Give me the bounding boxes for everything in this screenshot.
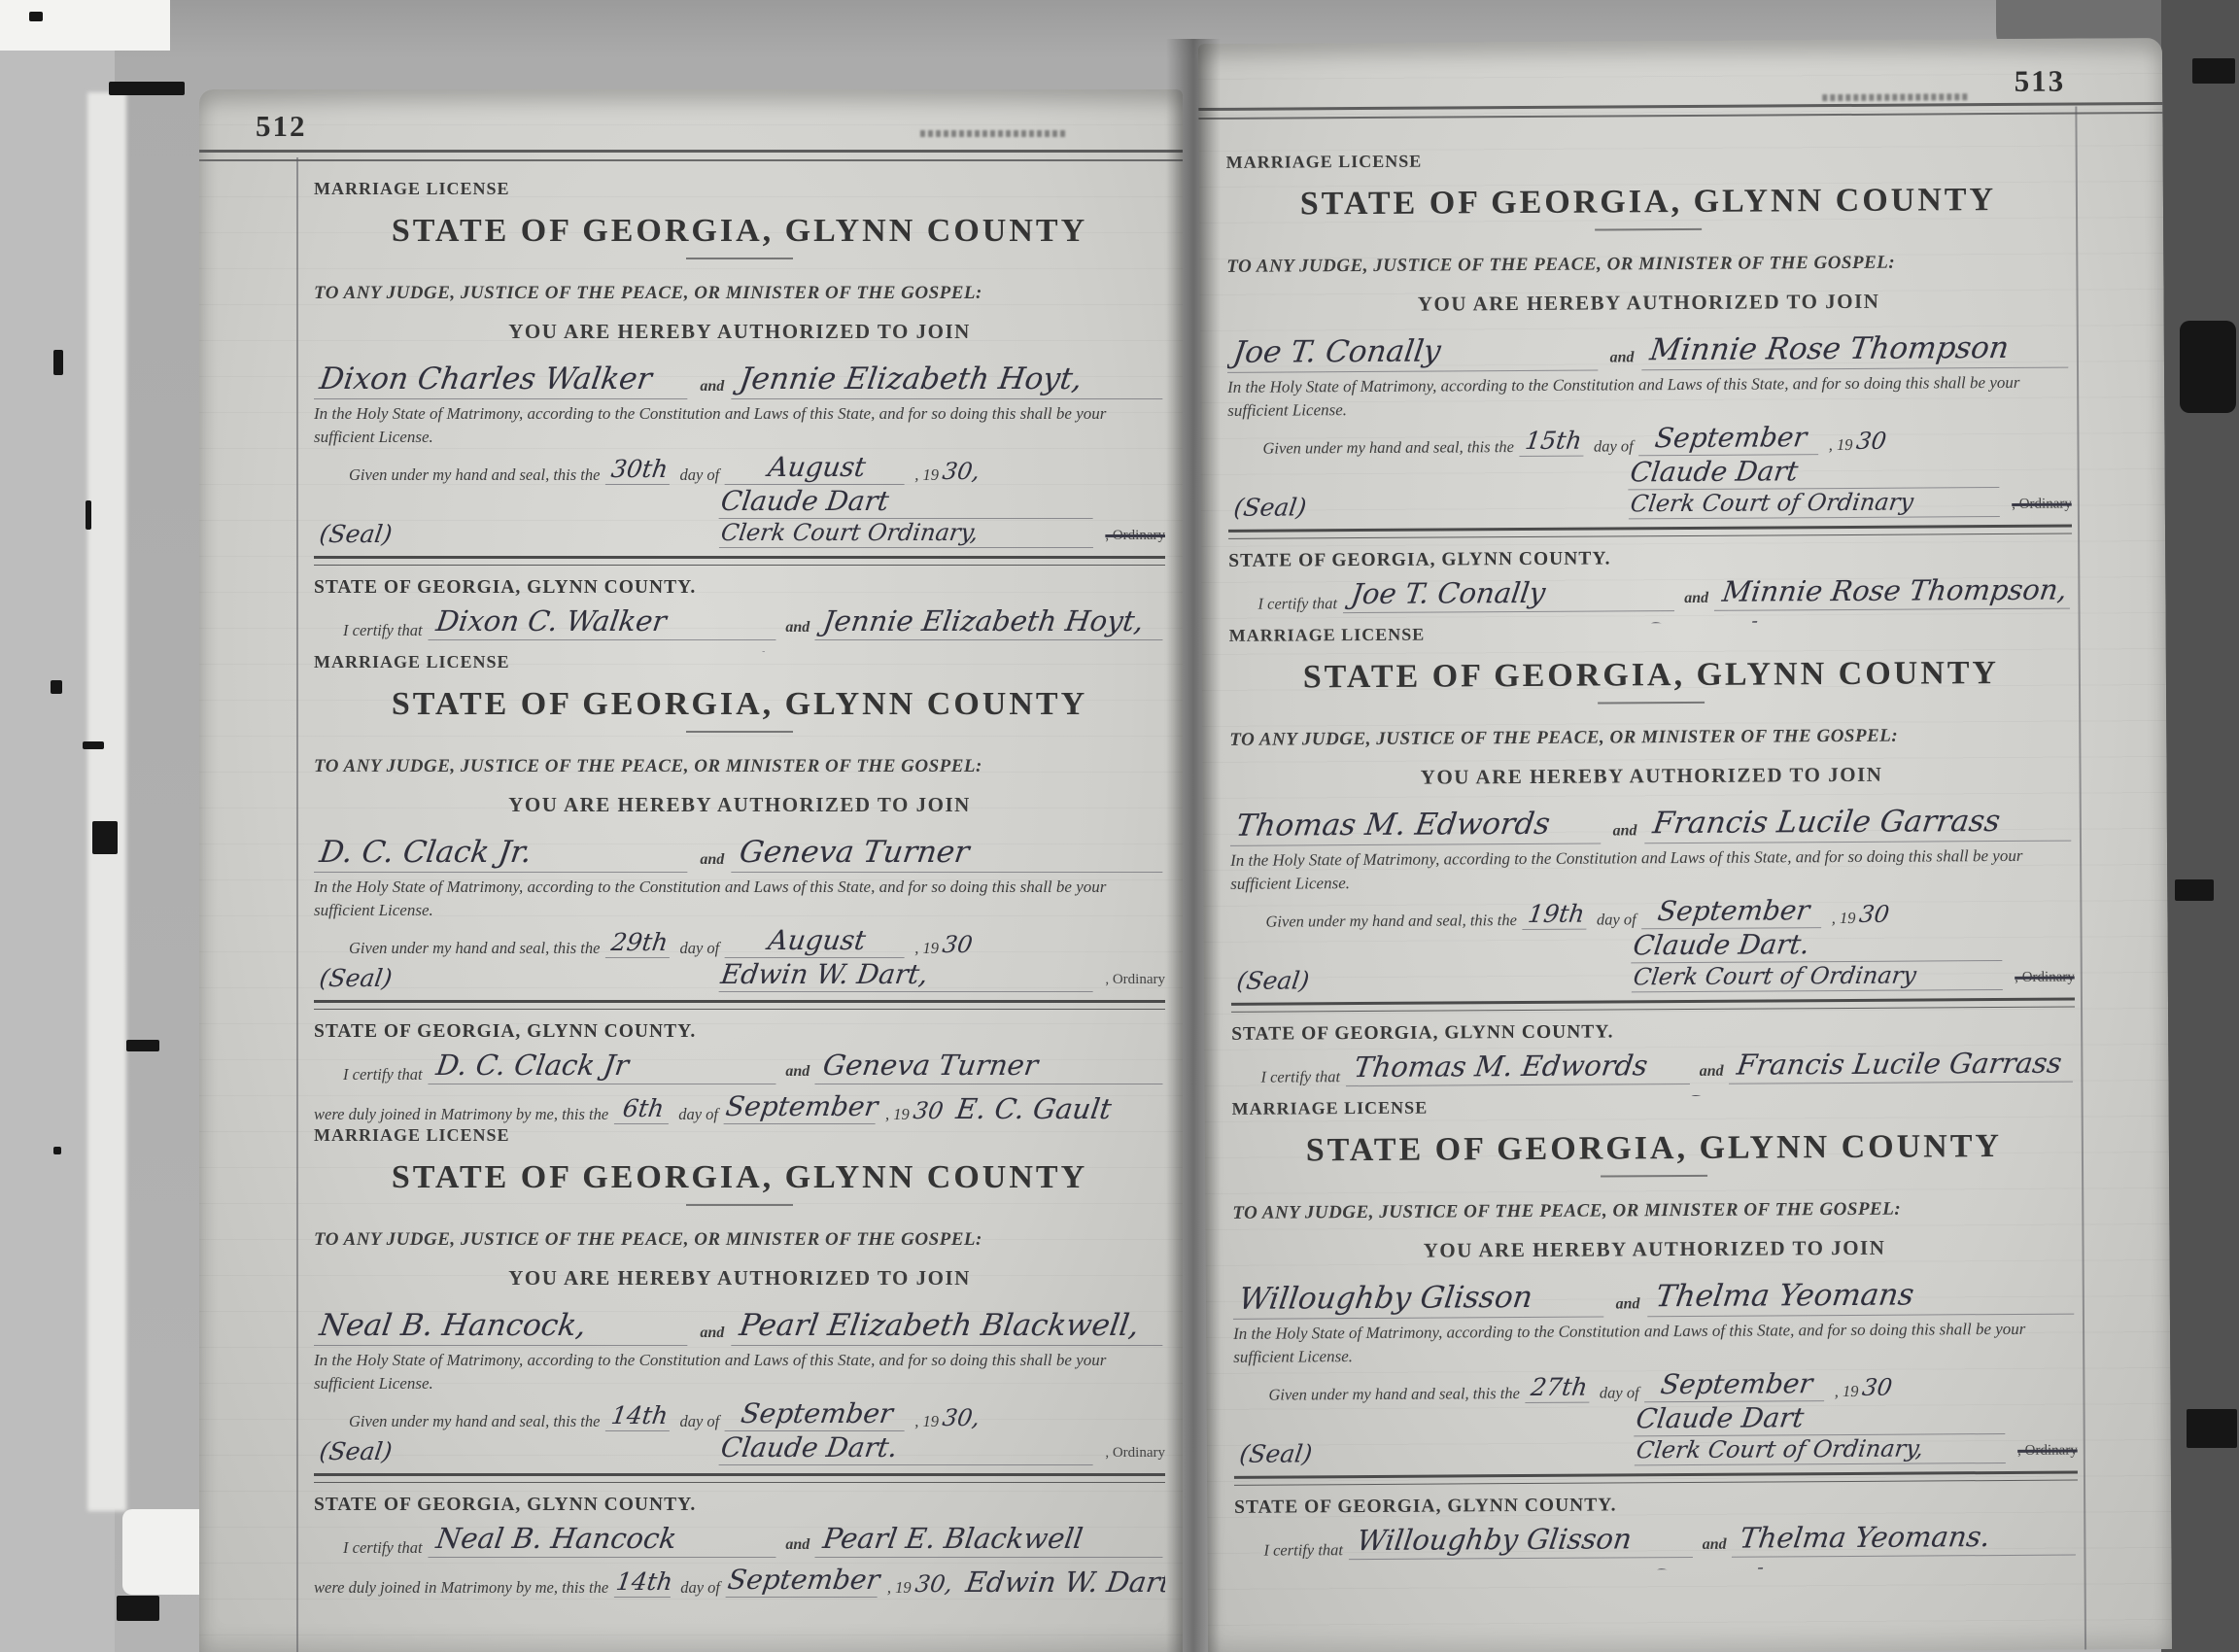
given-day: 19th: [1523, 900, 1591, 930]
salutation: TO ANY JUDGE, JUSTICE OF THE PEACE, OR M…: [314, 756, 1165, 777]
dates-column: were duly joined in Matrimony by me, thi…: [314, 1086, 943, 1125]
license-label: MARRIAGE LICENSE: [1229, 621, 2073, 646]
groom-name: Neal B. Hancock,: [314, 1308, 693, 1346]
authorization-line: YOU ARE HEREBY AUTHORIZED TO JOIN: [1232, 1235, 2076, 1264]
scan-mark: [2192, 58, 2235, 84]
marriage-license-record: MARRIAGE LICENSE STATE OF GEORGIA, GLYNN…: [314, 179, 1165, 652]
officiant-signature-block: E. C. Gault Minister,: [956, 1086, 1165, 1125]
certificate-heading: STATE OF GEORGIA, GLYNN COUNTY.: [1234, 1492, 2078, 1518]
record-title: STATE OF GEORGIA, GLYNN COUNTY: [314, 213, 1165, 250]
ordinary-signature-block: Claude Dart Clerk Court Ordinary,: [721, 485, 1095, 548]
seal-note: (Seal): [318, 520, 394, 548]
bride-name: Geneva Turner: [732, 835, 1165, 873]
section-divider-rule: [314, 556, 1165, 566]
certified-groom: Willoughby Glisson: [1348, 1522, 1697, 1560]
marriage-license-record: MARRIAGE LICENSE STATE OF GEORGIA, GLYNN…: [1229, 621, 2076, 1099]
joined-day: 14th: [614, 1567, 674, 1598]
given-prefix: Given under my hand and seal, this the: [349, 465, 600, 485]
officiant-signature: E. C. Gault: [954, 1092, 1165, 1125]
sufficient-license: sufficient License.: [314, 1374, 1165, 1394]
ordinary-signature-block: Claude Dart.: [721, 1431, 1095, 1465]
scan-mark: [92, 821, 118, 854]
salutation: TO ANY JUDGE, JUSTICE OF THE PEACE, OR M…: [1229, 725, 2073, 751]
certify-prefix: I certify that: [343, 621, 423, 640]
day-of-label: day of: [1597, 910, 1636, 929]
certify-prefix: I certify that: [1263, 1540, 1343, 1560]
scan-mark: [2187, 1409, 2237, 1448]
year-prefix: , 19: [914, 1412, 939, 1431]
names-row: Thomas M. Edwords and Francis Lucile Gar…: [1230, 804, 2074, 846]
year-prefix: , 19: [885, 1105, 910, 1124]
given-month: September: [1641, 894, 1826, 929]
given-month: August: [725, 451, 910, 485]
given-month: September: [1644, 1367, 1829, 1402]
certified-bride: Jennie Elizabeth Hoyt,: [815, 604, 1165, 640]
certified-groom: Neal B. Hancock: [428, 1522, 780, 1558]
bride-name: Francis Lucile Garrass: [1644, 804, 2076, 844]
ordinary-signature: Claude Dart: [1635, 1400, 2011, 1436]
groom-name: Thomas M. Edwords: [1229, 806, 1606, 845]
given-year: 30: [1855, 428, 1888, 455]
given-line: Given under my hand and seal, this the 1…: [1230, 892, 2074, 931]
joined-month: September: [726, 1564, 882, 1598]
certificate-heading: STATE OF GEORGIA, GLYNN COUNTY.: [314, 577, 1165, 599]
salutation: TO ANY JUDGE, JUSTICE OF THE PEACE, OR M…: [1226, 252, 2070, 278]
given-day: 27th: [1526, 1373, 1594, 1403]
bride-name: Minnie Rose Thompson: [1641, 330, 2073, 371]
certify-prefix: I certify that: [1257, 594, 1337, 613]
authorization-line: YOU ARE HEREBY AUTHORIZED TO JOIN: [1229, 762, 2073, 791]
certify-prefix: I certify that: [343, 1065, 423, 1084]
matrimony-clause: In the Holy State of Matrimony, accordin…: [314, 1350, 1165, 1372]
scan-mark: [29, 12, 43, 21]
section-divider-rule: [1229, 997, 2076, 1013]
given-line: Given under my hand and seal, this the 3…: [314, 451, 1165, 485]
record-title: STATE OF GEORGIA, GLYNN COUNTY: [1226, 182, 2070, 224]
joined-day: 6th: [614, 1094, 672, 1124]
names-row: Dixon Charles Walker and Jennie Elizabet…: [314, 361, 1165, 399]
certified-bride: Francis Lucile Garrass: [1729, 1046, 2075, 1084]
scan-mark: [117, 1596, 159, 1621]
day-of-label: day of: [679, 939, 719, 958]
and-word: and: [785, 1536, 809, 1558]
ordinary-label: , Ordinary: [1105, 1445, 1165, 1462]
seal-note: (Seal): [1238, 1439, 1314, 1467]
seal-row: (Seal) Claude Dart Clerk Court of Ordina…: [1228, 454, 2072, 522]
certified-bride: Geneva Turner: [815, 1049, 1165, 1084]
scan-mark: [51, 680, 62, 694]
authorization-line: YOU ARE HEREBY AUTHORIZED TO JOIN: [314, 320, 1165, 344]
sufficient-license: sufficient License.: [1230, 869, 2074, 893]
sufficient-license: sufficient License.: [1233, 1342, 2077, 1366]
day-of-label: day of: [679, 465, 719, 485]
and-word: and: [700, 1325, 724, 1346]
spacer: [1312, 1465, 1636, 1467]
joined-line: were duly joined in Matrimony by me, thi…: [314, 1090, 943, 1124]
joined-day: 27th: [1535, 1568, 1596, 1572]
page-margin-line: [296, 157, 298, 1652]
license-label: MARRIAGE LICENSE: [314, 1125, 1165, 1146]
day-of-label: day of: [680, 1578, 720, 1598]
scan-mark: [2180, 321, 2236, 413]
license-label: MARRIAGE LICENSE: [1232, 1094, 2076, 1119]
joined-year: 30: [1834, 1569, 1867, 1572]
ordinary-signature-block: Claude Dart Clerk Court of Ordinary,: [1636, 1400, 2008, 1465]
license-label: MARRIAGE LICENSE: [314, 179, 1165, 199]
given-year: 30,: [941, 458, 982, 485]
given-prefix: Given under my hand and seal, this the: [349, 1412, 600, 1431]
certificate-heading: STATE OF GEORGIA, GLYNN COUNTY.: [314, 1495, 1165, 1516]
spacer: [1306, 519, 1631, 521]
given-day: 15th: [1520, 427, 1588, 457]
names-row: D. C. Clack Jr. and Geneva Turner: [314, 835, 1165, 873]
scan-mark: [53, 1147, 61, 1154]
matrimony-clause: In the Holy State of Matrimony, accordin…: [1233, 1319, 2077, 1346]
given-day: 30th: [605, 455, 673, 485]
joined-month: September: [1646, 1563, 1803, 1572]
bride-name: Jennie Elizabeth Hoyt,: [732, 361, 1165, 399]
scan-artifact: [0, 0, 170, 51]
given-month: August: [725, 924, 910, 958]
and-word: and: [785, 1063, 809, 1084]
year-prefix: , 19: [914, 465, 939, 485]
section-divider-rule: [314, 1473, 1165, 1483]
ordinary-label: , Ordinary: [2015, 969, 2075, 985]
year-prefix: , 19: [1835, 1382, 1859, 1401]
given-year: 30: [1858, 901, 1891, 928]
certificate-bottom: were duly joined in Matrimony by me, thi…: [314, 1086, 1165, 1125]
ordinary-signature-block: Claude Dart Clerk Court of Ordinary: [1631, 454, 2002, 519]
authorization-line: YOU ARE HEREBY AUTHORIZED TO JOIN: [1227, 289, 2071, 318]
joined-line: were duly joined in Matrimony by me, thi…: [1235, 1563, 1866, 1572]
certified-bride: Minnie Rose Thompson,: [1714, 572, 2073, 610]
authorization-line: YOU ARE HEREBY AUTHORIZED TO JOIN: [314, 793, 1165, 817]
matrimony-clause: In the Holy State of Matrimony, accordin…: [1230, 845, 2074, 873]
ordinary-signature: Claude Dart.: [718, 1431, 1097, 1465]
and-word: and: [1703, 1536, 1727, 1558]
ordinary-signature: Edwin W. Dart,: [718, 958, 1097, 992]
sufficient-license: sufficient License.: [314, 428, 1165, 447]
given-day: 29th: [605, 928, 673, 958]
and-word: and: [700, 851, 724, 873]
seal-row: (Seal) Claude Dart. , Ordinary: [314, 1431, 1165, 1465]
and-word: and: [1684, 590, 1708, 611]
page-number: 512: [256, 109, 307, 144]
scanned-register-spread: 512 MARRIAGE LICENSE STATE OF GEORGIA, G…: [0, 0, 2239, 1652]
matrimony-clause: In the Holy State of Matrimony, accordin…: [1227, 372, 2071, 399]
officiant-signature-block: Edwin W. Dart Ordinary G. C. Ga,: [966, 1560, 1165, 1599]
ordinary-signature: Claude Dart: [718, 485, 1097, 519]
matrimony-clause: In the Holy State of Matrimony, accordin…: [314, 403, 1165, 426]
certificate-heading: STATE OF GEORGIA, GLYNN COUNTY.: [314, 1021, 1165, 1043]
sufficient-license: sufficient License.: [314, 901, 1165, 920]
and-word: and: [785, 619, 809, 640]
certified-groom: Thomas M. Edwords: [1345, 1049, 1694, 1086]
title-rule: [1601, 1175, 1707, 1178]
given-line: Given under my hand and seal, this the 2…: [1233, 1365, 2077, 1404]
ordinary-signature-block: Edwin W. Dart,: [721, 958, 1095, 992]
day-of-label: day of: [1600, 1383, 1639, 1402]
given-year: 30: [1861, 1374, 1894, 1401]
officiant-signature: Edwin W. Dart: [963, 1566, 1165, 1599]
and-word: and: [1700, 1063, 1724, 1084]
names-row: Neal B. Hancock, and Pearl Elizabeth Bla…: [314, 1308, 1165, 1346]
given-prefix: Given under my hand and seal, this the: [1265, 911, 1517, 932]
year-prefix: , 19: [1829, 435, 1853, 455]
and-word: and: [700, 378, 724, 399]
certificate-heading: STATE OF GEORGIA, GLYNN COUNTY.: [1231, 1018, 2075, 1045]
certificate-heading: STATE OF GEORGIA, GLYNN COUNTY.: [1228, 545, 2072, 571]
dates-column: were duly joined in Matrimony by me, thi…: [314, 1560, 952, 1599]
scan-artifact: [87, 92, 126, 1511]
salutation: TO ANY JUDGE, JUSTICE OF THE PEACE, OR M…: [314, 283, 1165, 304]
scan-mark: [86, 500, 91, 530]
seal-row: (Seal) Claude Dart. Clerk Court of Ordin…: [1231, 926, 2075, 994]
ordinary-signature-block: Claude Dart. Clerk Court of Ordinary: [1634, 927, 2005, 992]
certified-groom: D. C. Clack Jr: [428, 1049, 780, 1084]
groom-name: Dixon Charles Walker: [314, 361, 693, 399]
certify-line: I certify that D. C. Clack Jr and Geneva…: [314, 1049, 1165, 1084]
bride-name: Pearl Elizabeth Blackwell,: [732, 1308, 1165, 1346]
title-rule: [1598, 702, 1705, 705]
salutation: TO ANY JUDGE, JUSTICE OF THE PEACE, OR M…: [1232, 1198, 2076, 1224]
page-content: MARRIAGE LICENSE STATE OF GEORGIA, GLYNN…: [1225, 39, 2079, 1572]
given-prefix: Given under my hand and seal, this the: [1268, 1384, 1520, 1405]
and-word: and: [1613, 822, 1637, 843]
dates-column: were duly joined in Matrimony by me, thi…: [1234, 1559, 1866, 1572]
seal-row: (Seal) Edwin W. Dart, , Ordinary: [314, 958, 1165, 992]
certify-line: I certify that Thomas M. Edwords and Fra…: [1231, 1046, 2075, 1086]
day-of-label: day of: [679, 1412, 719, 1431]
scan-edge-right: [2161, 0, 2239, 1652]
given-line: Given under my hand and seal, this the 2…: [314, 924, 1165, 958]
certified-bride: Pearl E. Blackwell: [815, 1522, 1165, 1558]
record-title: STATE OF GEORGIA, GLYNN COUNTY: [1232, 1128, 2076, 1170]
seal-note: (Seal): [318, 1437, 394, 1465]
joined-prefix: were duly joined in Matrimony by me, thi…: [314, 1578, 608, 1598]
seal-note: (Seal): [1232, 493, 1308, 521]
marriage-license-record: MARRIAGE LICENSE STATE OF GEORGIA, GLYNN…: [314, 1125, 1165, 1599]
dates-column: were duly joined in Matrimony by me, thi…: [314, 642, 945, 652]
given-line: Given under my hand and seal, this the 1…: [1227, 420, 2071, 459]
certify-line: I certify that Joe T. Conally and Minnie…: [1228, 572, 2072, 613]
certificate-bottom: were duly joined in Matrimony by me, thi…: [314, 1560, 1165, 1599]
record-title: STATE OF GEORGIA, GLYNN COUNTY: [314, 1159, 1165, 1196]
page-content: MARRIAGE LICENSE STATE OF GEORGIA, GLYNN…: [314, 89, 1165, 1599]
spacer: [1309, 992, 1634, 994]
joined-year: 30,: [913, 1570, 954, 1598]
certified-groom: Joe T. Conally: [1342, 575, 1678, 613]
ordinary-signature-title: Clerk Court Ordinary,: [719, 519, 1098, 548]
ordinary-signature-title: Clerk Court of Ordinary: [1629, 488, 2004, 519]
title-rule: [686, 731, 793, 733]
certified-groom: Dixon C. Walker: [428, 604, 780, 640]
names-row: Willoughby Glisson and Thelma Yeomans: [1233, 1277, 2077, 1320]
given-prefix: Given under my hand and seal, this the: [1262, 437, 1514, 459]
scan-mark: [83, 741, 104, 749]
section-divider-rule: [1226, 524, 2073, 539]
ordinary-label: , Ordinary: [1105, 528, 1165, 544]
certify-prefix: I certify that: [343, 1538, 423, 1558]
year-prefix: , 19: [914, 939, 939, 958]
seal-note: (Seal): [1235, 966, 1311, 994]
given-line: Given under my hand and seal, this the 1…: [314, 1397, 1165, 1431]
ordinary-label: , Ordinary: [2017, 1442, 2078, 1459]
officiant-signature-block: R. S. Sweat.: [1879, 1557, 2079, 1571]
joined-line: were duly joined in Matrimony by me, thi…: [314, 1564, 952, 1598]
title-rule: [686, 258, 793, 259]
marriage-license-record: MARRIAGE LICENSE STATE OF GEORGIA, GLYNN…: [314, 652, 1165, 1125]
marriage-license-record: MARRIAGE LICENSE STATE OF GEORGIA, GLYNN…: [1226, 148, 2073, 626]
certificate-bottom: were duly joined in Matrimony by me, thi…: [314, 642, 1165, 652]
ordinary-signature-title: Clerk Court of Ordinary: [1632, 961, 2007, 992]
names-row: Joe T. Conally and Minnie Rose Thompson: [1227, 330, 2071, 373]
scan-mark: [53, 350, 63, 375]
seal-row: (Seal) Claude Dart Clerk Court Ordinary,…: [314, 485, 1165, 548]
section-divider-rule: [1232, 1470, 2079, 1486]
given-month: September: [725, 1397, 910, 1431]
ordinary-label: , Ordinary: [1105, 972, 1165, 988]
ordinary-signature: Claude Dart.: [1632, 927, 2008, 963]
title-rule: [686, 1204, 793, 1206]
groom-name: D. C. Clack Jr.: [314, 835, 693, 873]
joined-year: 30: [912, 1097, 945, 1124]
title-rule: [1595, 228, 1702, 231]
given-month: September: [1638, 421, 1823, 456]
salutation: TO ANY JUDGE, JUSTICE OF THE PEACE, OR M…: [314, 1229, 1165, 1251]
license-label: MARRIAGE LICENSE: [1226, 148, 2070, 173]
seal-row: (Seal) Claude Dart Clerk Court of Ordina…: [1234, 1399, 2078, 1467]
joined-month: September: [724, 1090, 880, 1124]
certified-bride: Thelma Yeomans.: [1732, 1519, 2078, 1557]
and-word: and: [1610, 349, 1635, 370]
day-of-label: day of: [678, 1105, 718, 1124]
certify-line: I certify that Neal B. Hancock and Pearl…: [314, 1522, 1165, 1558]
register-page-left: 512 MARRIAGE LICENSE STATE OF GEORGIA, G…: [199, 89, 1183, 1652]
certify-line: I certify that Dixon C. Walker and Jenni…: [314, 604, 1165, 640]
year-prefix: , 19: [887, 1578, 912, 1598]
ordinary-signature: Claude Dart: [1629, 454, 2005, 490]
and-word: and: [1615, 1295, 1639, 1317]
joined-prefix: were duly joined in Matrimony by me, thi…: [314, 1105, 608, 1124]
officiant-signature-block: Rev C. F. Burt.: [958, 642, 1165, 652]
scan-mark: [109, 82, 185, 95]
given-prefix: Given under my hand and seal, this the: [349, 939, 600, 958]
section-divider-rule: [314, 1000, 1165, 1010]
record-title: STATE OF GEORGIA, GLYNN COUNTY: [1229, 655, 2073, 697]
record-title: STATE OF GEORGIA, GLYNN COUNTY: [314, 686, 1165, 723]
day-of-label: day of: [1594, 436, 1634, 456]
certify-prefix: I certify that: [1260, 1067, 1340, 1086]
authorization-line: YOU ARE HEREBY AUTHORIZED TO JOIN: [314, 1266, 1165, 1291]
bride-name: Thelma Yeomans: [1647, 1277, 2079, 1318]
year-prefix: , 19: [1832, 909, 1856, 928]
groom-name: Joe T. Conally: [1226, 333, 1603, 373]
certify-line: I certify that Willoughby Glisson and Th…: [1234, 1519, 2078, 1560]
book-gutter-shadow: [1166, 39, 1221, 1652]
sufficient-license: sufficient License.: [1227, 396, 2071, 421]
marriage-license-record: MARRIAGE LICENSE STATE OF GEORGIA, GLYNN…: [1232, 1094, 2079, 1572]
matrimony-clause: In the Holy State of Matrimony, accordin…: [314, 877, 1165, 899]
license-label: MARRIAGE LICENSE: [314, 652, 1165, 672]
seal-note: (Seal): [318, 964, 394, 992]
ordinary-signature-title: Clerk Court of Ordinary,: [1635, 1434, 2010, 1465]
given-year: 30,: [941, 1404, 982, 1431]
given-year: 30: [941, 931, 974, 958]
scan-mark: [126, 1040, 159, 1051]
scan-mark: [2175, 879, 2214, 901]
given-day: 14th: [605, 1401, 673, 1431]
ordinary-label: , Ordinary: [2012, 497, 2072, 513]
register-page-right: 513 MARRIAGE LICENSE STATE OF GEORGIA, G…: [1198, 38, 2172, 1652]
groom-name: Willoughby Glisson: [1232, 1279, 1609, 1319]
officiant-signature: R. S. Sweat.: [1877, 1563, 2078, 1571]
